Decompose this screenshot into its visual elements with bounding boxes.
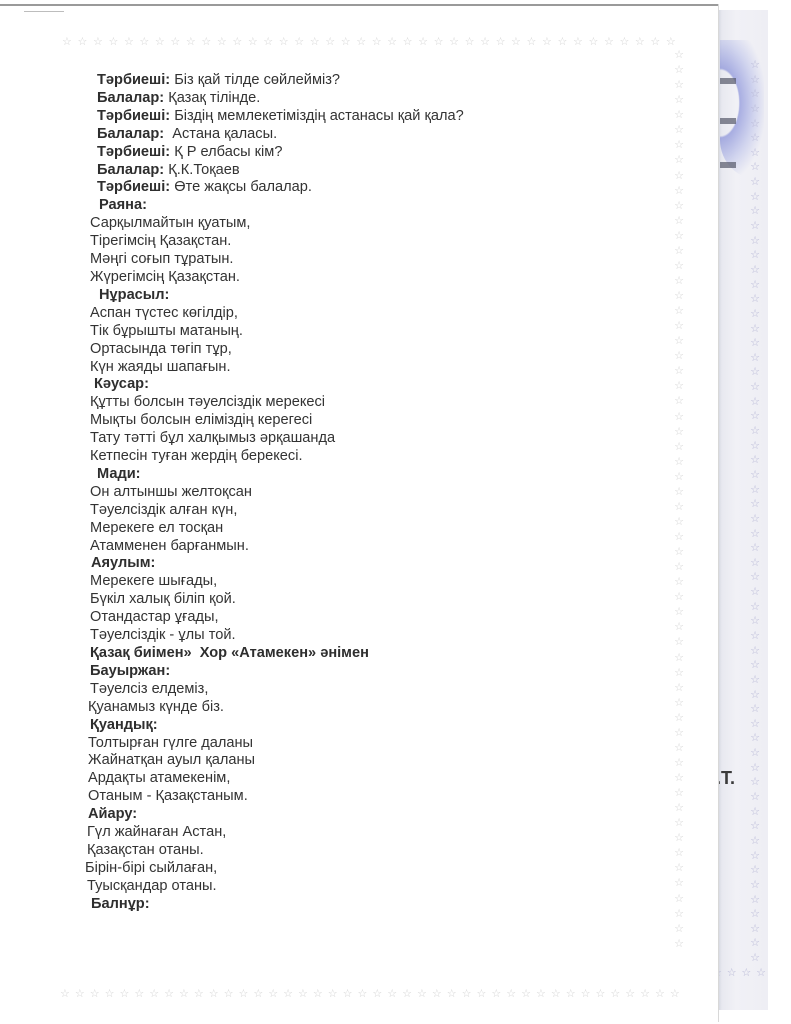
- speaker-label: Балалар:: [97, 90, 164, 106]
- star-icon: ☆: [536, 989, 546, 1000]
- star-icon: ☆: [248, 37, 258, 48]
- star-icon: ☆: [387, 989, 397, 1000]
- star-icon: ☆: [674, 216, 684, 227]
- poem-line: Тәуелсіз елдеміз,: [90, 681, 650, 699]
- star-icon: ☆: [674, 171, 684, 182]
- performance-note: Қазақ биімен» Хор «Атамекен» әнімен: [90, 645, 650, 663]
- dialogue-text: Қ.К.Тоқаев: [164, 162, 239, 178]
- star-icon: ☆: [750, 426, 760, 437]
- poem-line: Ортасында төгіп тұр,: [90, 341, 650, 359]
- star-icon: ☆: [60, 989, 70, 1000]
- star-icon: ☆: [164, 989, 174, 1000]
- poem-line: Кетпесін туған жердің берекесі.: [90, 448, 650, 466]
- star-icon: ☆: [674, 306, 684, 317]
- star-icon: ☆: [674, 592, 684, 603]
- star-icon: ☆: [674, 848, 684, 859]
- star-icon: ☆: [750, 280, 760, 291]
- star-icon: ☆: [149, 989, 159, 1000]
- dialogue-text: Қ Р елбасы кім?: [170, 144, 282, 160]
- dialogue-text: Қазақ тілінде.: [164, 90, 260, 106]
- star-icon: ☆: [750, 485, 760, 496]
- star-icon: ☆: [674, 276, 684, 287]
- poem-line: Тік бұрышты матаның.: [90, 323, 650, 341]
- star-icon: ☆: [750, 236, 760, 247]
- star-icon: ☆: [674, 140, 684, 151]
- star-border-top: ☆☆☆☆☆☆☆☆☆☆☆☆☆☆☆☆☆☆☆☆☆☆☆☆☆☆☆☆☆☆☆☆☆☆☆☆☆☆☆☆: [62, 36, 676, 48]
- star-icon: ☆: [506, 989, 516, 1000]
- star-icon: ☆: [201, 37, 211, 48]
- star-icon: ☆: [108, 37, 118, 48]
- star-icon: ☆: [294, 37, 304, 48]
- star-icon: ☆: [674, 261, 684, 272]
- star-icon: ☆: [596, 989, 606, 1000]
- star-icon: ☆: [674, 924, 684, 935]
- star-icon: ☆: [674, 502, 684, 513]
- star-icon: ☆: [750, 353, 760, 364]
- star-icon: ☆: [655, 989, 665, 1000]
- star-icon: ☆: [750, 733, 760, 744]
- author-name: Бауыржан:: [90, 663, 170, 679]
- star-icon: ☆: [674, 668, 684, 679]
- star-icon: ☆: [750, 206, 760, 217]
- star-icon: ☆: [239, 989, 249, 1000]
- star-icon: ☆: [402, 989, 412, 1000]
- star-icon: ☆: [750, 543, 760, 554]
- star-icon: ☆: [674, 758, 684, 769]
- star-icon: ☆: [750, 148, 760, 159]
- star-icon: ☆: [750, 572, 760, 583]
- poem-line: Толтырған гүлге даланы: [88, 735, 650, 753]
- star-icon: ☆: [310, 37, 320, 48]
- poem-line: Қуанамыз күнде біз.: [88, 699, 650, 717]
- poem-line: Ардақты атамекенім,: [88, 770, 650, 788]
- star-icon: ☆: [674, 321, 684, 332]
- star-icon: ☆: [674, 246, 684, 257]
- star-icon: ☆: [741, 968, 751, 979]
- star-icon: ☆: [750, 938, 760, 949]
- star-icon: ☆: [120, 989, 130, 1000]
- star-icon: ☆: [750, 309, 760, 320]
- star-icon: ☆: [253, 989, 263, 1000]
- star-icon: ☆: [674, 818, 684, 829]
- star-icon: ☆: [674, 637, 684, 648]
- star-icon: ☆: [756, 968, 766, 979]
- star-icon: ☆: [750, 250, 760, 261]
- star-icon: ☆: [674, 351, 684, 362]
- star-icon: ☆: [268, 989, 278, 1000]
- star-icon: ☆: [635, 37, 645, 48]
- underlying-page-text: .Т.: [716, 768, 735, 789]
- star-icon: ☆: [372, 989, 382, 1000]
- star-icon: ☆: [750, 660, 760, 671]
- star-icon: ☆: [750, 777, 760, 788]
- star-icon: ☆: [750, 411, 760, 422]
- dialogue-line: Балалар: Қ.К.Тоқаев: [90, 162, 650, 180]
- poem-line: Жайнатқан ауыл қаланы: [88, 752, 650, 770]
- star-icon: ☆: [604, 37, 614, 48]
- poem-author: Нұрасыл:: [90, 287, 650, 305]
- star-icon: ☆: [750, 763, 760, 774]
- star-icon: ☆: [496, 37, 506, 48]
- star-icon: ☆: [750, 133, 760, 144]
- poem-author: Балнұр:: [90, 896, 650, 914]
- poem-line: Жүрегімсің Қазақстан.: [90, 269, 650, 287]
- star-icon: ☆: [674, 653, 684, 664]
- star-icon: ☆: [750, 704, 760, 715]
- author-name: Кәусар:: [94, 376, 149, 392]
- dialogue-line: Тәрбиеші: Біз қай тілде сөйлейміз?: [90, 72, 650, 90]
- star-icon: ☆: [750, 851, 760, 862]
- star-icon: ☆: [750, 558, 760, 569]
- star-icon: ☆: [674, 155, 684, 166]
- poem-line: Тәуелсіздік - ұлы той.: [90, 627, 650, 645]
- performance-note-text: Қазақ биімен» Хор «Атамекен» әнімен: [90, 645, 369, 661]
- star-icon: ☆: [588, 37, 598, 48]
- star-icon: ☆: [750, 616, 760, 627]
- star-icon: ☆: [279, 37, 289, 48]
- author-name: Нұрасыл:: [99, 287, 169, 303]
- star-icon: ☆: [674, 894, 684, 905]
- poem-line: Туысқандар отаны.: [87, 878, 650, 896]
- star-icon: ☆: [449, 37, 459, 48]
- star-icon: ☆: [750, 836, 760, 847]
- author-name: Айару:: [88, 806, 137, 822]
- star-icon: ☆: [674, 472, 684, 483]
- underlying-page-star-border-right: ☆☆☆☆☆☆☆☆☆☆☆☆☆☆☆☆☆☆☆☆☆☆☆☆☆☆☆☆☆☆☆☆☆☆☆☆☆☆☆☆…: [748, 60, 762, 965]
- star-icon: ☆: [387, 37, 397, 48]
- star-icon: ☆: [750, 177, 760, 188]
- star-icon: ☆: [750, 382, 760, 393]
- poem-line: Мәңгі соғып тұратын.: [90, 251, 650, 269]
- star-icon: ☆: [674, 50, 684, 61]
- star-icon: ☆: [674, 517, 684, 528]
- star-icon: ☆: [750, 646, 760, 657]
- star-icon: ☆: [674, 743, 684, 754]
- star-icon: ☆: [447, 989, 457, 1000]
- poem-line: Отандастар ұғады,: [90, 609, 650, 627]
- star-icon: ☆: [674, 412, 684, 423]
- poem-author: Раяна:: [90, 197, 650, 215]
- star-icon: ☆: [674, 80, 684, 91]
- star-icon: ☆: [750, 587, 760, 598]
- dialogue-text: Астана қаласы.: [164, 126, 277, 142]
- star-icon: ☆: [263, 37, 273, 48]
- star-icon: ☆: [521, 989, 531, 1000]
- star-icon: ☆: [619, 37, 629, 48]
- star-icon: ☆: [750, 221, 760, 232]
- poem-line: Қазақстан отаны.: [87, 842, 650, 860]
- star-icon: ☆: [93, 37, 103, 48]
- dialogue-text: Біздің мемлекетіміздің астанасы қай қала…: [170, 108, 464, 124]
- star-icon: ☆: [232, 37, 242, 48]
- star-icon: ☆: [551, 989, 561, 1000]
- star-icon: ☆: [313, 989, 323, 1000]
- author-name: Аяулым:: [91, 555, 155, 571]
- star-icon: ☆: [750, 455, 760, 466]
- star-icon: ☆: [674, 562, 684, 573]
- star-icon: ☆: [674, 698, 684, 709]
- star-icon: ☆: [90, 989, 100, 1000]
- star-icon: ☆: [542, 37, 552, 48]
- star-icon: ☆: [750, 953, 760, 964]
- star-icon: ☆: [674, 878, 684, 889]
- star-icon: ☆: [750, 89, 760, 100]
- star-icon: ☆: [224, 989, 234, 1000]
- star-icon: ☆: [124, 37, 134, 48]
- star-icon: ☆: [674, 336, 684, 347]
- star-icon: ☆: [750, 397, 760, 408]
- star-icon: ☆: [750, 631, 760, 642]
- document-text: Тәрбиеші: Біз қай тілде сөйлейміз? Балал…: [90, 72, 650, 914]
- poem-line: Мерекеге шығады,: [90, 573, 650, 591]
- star-icon: ☆: [343, 989, 353, 1000]
- scan-mark: [24, 11, 64, 12]
- star-icon: ☆: [674, 231, 684, 242]
- star-icon: ☆: [650, 37, 660, 48]
- poem-author: Кәусар:: [90, 376, 650, 394]
- star-icon: ☆: [674, 683, 684, 694]
- star-icon: ☆: [434, 37, 444, 48]
- star-icon: ☆: [170, 37, 180, 48]
- poem-line: Атамменен барғанмын.: [90, 538, 650, 556]
- poem-author: Айару:: [88, 806, 650, 824]
- author-name: Раяна:: [99, 197, 147, 213]
- star-icon: ☆: [358, 989, 368, 1000]
- star-icon: ☆: [527, 37, 537, 48]
- document-page: ☆☆☆☆☆☆☆☆☆☆☆☆☆☆☆☆☆☆☆☆☆☆☆☆☆☆☆☆☆☆☆☆☆☆☆☆☆☆☆☆…: [0, 4, 718, 1022]
- star-icon: ☆: [750, 60, 760, 71]
- stamp-mark: [720, 78, 736, 84]
- star-icon: ☆: [674, 939, 684, 950]
- star-icon: ☆: [566, 989, 576, 1000]
- underlying-page-star-border-bottom: ☆☆☆☆: [712, 966, 766, 980]
- stamp-mark: [720, 162, 736, 168]
- author-name: Қуандық:: [90, 717, 158, 733]
- speaker-label: Балалар:: [97, 162, 164, 178]
- star-icon: ☆: [750, 748, 760, 759]
- star-icon: ☆: [750, 499, 760, 510]
- speaker-label: Тәрбиеші:: [97, 72, 170, 88]
- dialogue-line: Балалар: Қазақ тілінде.: [90, 90, 650, 108]
- star-icon: ☆: [750, 909, 760, 920]
- star-icon: ☆: [750, 294, 760, 305]
- star-icon: ☆: [750, 324, 760, 335]
- star-icon: ☆: [750, 470, 760, 481]
- star-icon: ☆: [432, 989, 442, 1000]
- star-icon: ☆: [750, 792, 760, 803]
- dialogue-line: Балалар: Астана қаласы.: [90, 126, 650, 144]
- poem-line: Бірін-бірі сыйлаған,: [85, 860, 650, 878]
- star-icon: ☆: [674, 366, 684, 377]
- star-icon: ☆: [465, 37, 475, 48]
- star-icon: ☆: [674, 547, 684, 558]
- star-icon: ☆: [179, 989, 189, 1000]
- poem-line: Он алтыншы желтоқсан: [90, 484, 650, 502]
- star-icon: ☆: [209, 989, 219, 1000]
- poem-author: Мади:: [90, 466, 650, 484]
- dialogue-text: Біз қай тілде сөйлейміз?: [170, 72, 340, 88]
- star-icon: ☆: [674, 532, 684, 543]
- star-icon: ☆: [491, 989, 501, 1000]
- star-icon: ☆: [674, 381, 684, 392]
- speaker-label: Тәрбиеші:: [97, 144, 170, 160]
- dialogue-line: Тәрбиеші: Өте жақсы балалар.: [90, 179, 650, 197]
- star-icon: ☆: [194, 989, 204, 1000]
- poem-author: Аяулым:: [90, 555, 650, 573]
- star-icon: ☆: [77, 37, 87, 48]
- star-icon: ☆: [417, 989, 427, 1000]
- star-icon: ☆: [750, 675, 760, 686]
- star-icon: ☆: [674, 201, 684, 212]
- star-icon: ☆: [674, 110, 684, 121]
- star-icon: ☆: [674, 442, 684, 453]
- star-icon: ☆: [462, 989, 472, 1000]
- star-icon: ☆: [625, 989, 635, 1000]
- star-icon: ☆: [674, 607, 684, 618]
- star-icon: ☆: [341, 37, 351, 48]
- poem-line: Тату тәтті бұл халқымыз әрқашанда: [90, 430, 650, 448]
- star-icon: ☆: [750, 865, 760, 876]
- author-name: Балнұр:: [91, 896, 150, 912]
- star-icon: ☆: [674, 125, 684, 136]
- star-icon: ☆: [674, 291, 684, 302]
- dialogue-text: Өте жақсы балалар.: [170, 179, 312, 195]
- poem-line: Гүл жайнаған Астан,: [87, 824, 650, 842]
- poem-line: Отаным - Қазақстаным.: [88, 788, 650, 806]
- poem-line: Күн жаяды шапағын.: [90, 359, 650, 377]
- star-icon: ☆: [750, 895, 760, 906]
- star-icon: ☆: [750, 265, 760, 276]
- star-icon: ☆: [750, 807, 760, 818]
- dialogue-line: Тәрбиеші: Қ Р елбасы кім?: [90, 144, 650, 162]
- author-name: Мади:: [97, 466, 141, 482]
- star-icon: ☆: [750, 880, 760, 891]
- star-icon: ☆: [134, 989, 144, 1000]
- star-icon: ☆: [477, 989, 487, 1000]
- star-icon: ☆: [610, 989, 620, 1000]
- star-border-right: ☆☆☆☆☆☆☆☆☆☆☆☆☆☆☆☆☆☆☆☆☆☆☆☆☆☆☆☆☆☆☆☆☆☆☆☆☆☆☆☆…: [673, 50, 685, 950]
- star-border-bottom: ☆☆☆☆☆☆☆☆☆☆☆☆☆☆☆☆☆☆☆☆☆☆☆☆☆☆☆☆☆☆☆☆☆☆☆☆☆☆☆☆…: [60, 988, 680, 1000]
- star-icon: ☆: [674, 909, 684, 920]
- poem-line: Мықты болсын еліміздің керегесі: [90, 412, 650, 430]
- star-icon: ☆: [674, 577, 684, 588]
- poem-line: Аспан түстес көгілдір,: [90, 305, 650, 323]
- star-icon: ☆: [750, 924, 760, 935]
- star-icon: ☆: [674, 803, 684, 814]
- star-icon: ☆: [674, 788, 684, 799]
- star-icon: ☆: [217, 37, 227, 48]
- star-icon: ☆: [325, 37, 335, 48]
- star-icon: ☆: [283, 989, 293, 1000]
- star-icon: ☆: [558, 37, 568, 48]
- star-icon: ☆: [674, 622, 684, 633]
- star-icon: ☆: [666, 37, 676, 48]
- poem-author: Қуандық:: [90, 717, 650, 735]
- star-icon: ☆: [674, 457, 684, 468]
- poem-author: Бауыржан:: [90, 663, 650, 681]
- poem-line: Тәуелсіздік алған күн,: [90, 502, 650, 520]
- star-icon: ☆: [674, 487, 684, 498]
- star-icon: ☆: [727, 968, 737, 979]
- star-icon: ☆: [581, 989, 591, 1000]
- star-icon: ☆: [750, 367, 760, 378]
- star-icon: ☆: [674, 863, 684, 874]
- star-icon: ☆: [750, 192, 760, 203]
- star-icon: ☆: [139, 37, 149, 48]
- star-icon: ☆: [750, 75, 760, 86]
- speaker-label: Тәрбиеші:: [97, 108, 170, 124]
- star-icon: ☆: [403, 37, 413, 48]
- star-icon: ☆: [155, 37, 165, 48]
- star-icon: ☆: [418, 37, 428, 48]
- star-icon: ☆: [75, 989, 85, 1000]
- star-icon: ☆: [750, 690, 760, 701]
- star-icon: ☆: [674, 427, 684, 438]
- star-icon: ☆: [670, 989, 680, 1000]
- star-icon: ☆: [674, 833, 684, 844]
- star-icon: ☆: [674, 95, 684, 106]
- star-icon: ☆: [674, 65, 684, 76]
- star-icon: ☆: [480, 37, 490, 48]
- star-icon: ☆: [750, 514, 760, 525]
- star-icon: ☆: [328, 989, 338, 1000]
- star-icon: ☆: [62, 37, 72, 48]
- star-icon: ☆: [511, 37, 521, 48]
- poem-line: Бүкіл халық біліп қой.: [90, 591, 650, 609]
- star-icon: ☆: [372, 37, 382, 48]
- star-icon: ☆: [750, 162, 760, 173]
- star-icon: ☆: [750, 821, 760, 832]
- star-icon: ☆: [674, 713, 684, 724]
- speaker-label: Балалар:: [97, 126, 164, 142]
- star-icon: ☆: [573, 37, 583, 48]
- star-icon: ☆: [674, 186, 684, 197]
- star-icon: ☆: [674, 396, 684, 407]
- star-icon: ☆: [674, 728, 684, 739]
- stamp-mark: [720, 118, 736, 124]
- star-icon: ☆: [640, 989, 650, 1000]
- star-icon: ☆: [750, 119, 760, 130]
- star-icon: ☆: [105, 989, 115, 1000]
- poem-line: Мерекеге ел тосқан: [90, 520, 650, 538]
- star-icon: ☆: [750, 104, 760, 115]
- star-icon: ☆: [356, 37, 366, 48]
- speaker-label: Тәрбиеші:: [97, 179, 170, 195]
- star-icon: ☆: [750, 441, 760, 452]
- dialogue-line: Тәрбиеші: Біздің мемлекетіміздің астанас…: [90, 108, 650, 126]
- star-icon: ☆: [298, 989, 308, 1000]
- star-icon: ☆: [750, 338, 760, 349]
- star-icon: ☆: [674, 773, 684, 784]
- star-icon: ☆: [186, 37, 196, 48]
- star-icon: ☆: [750, 719, 760, 730]
- star-icon: ☆: [750, 529, 760, 540]
- poem-line: Құтты болсын тәуелсіздік мерекесі: [90, 394, 650, 412]
- poem-line: Сарқылмайтын қуатым,: [90, 215, 650, 233]
- poem-line: Тірегімсің Қазақстан.: [90, 233, 650, 251]
- star-icon: ☆: [750, 602, 760, 613]
